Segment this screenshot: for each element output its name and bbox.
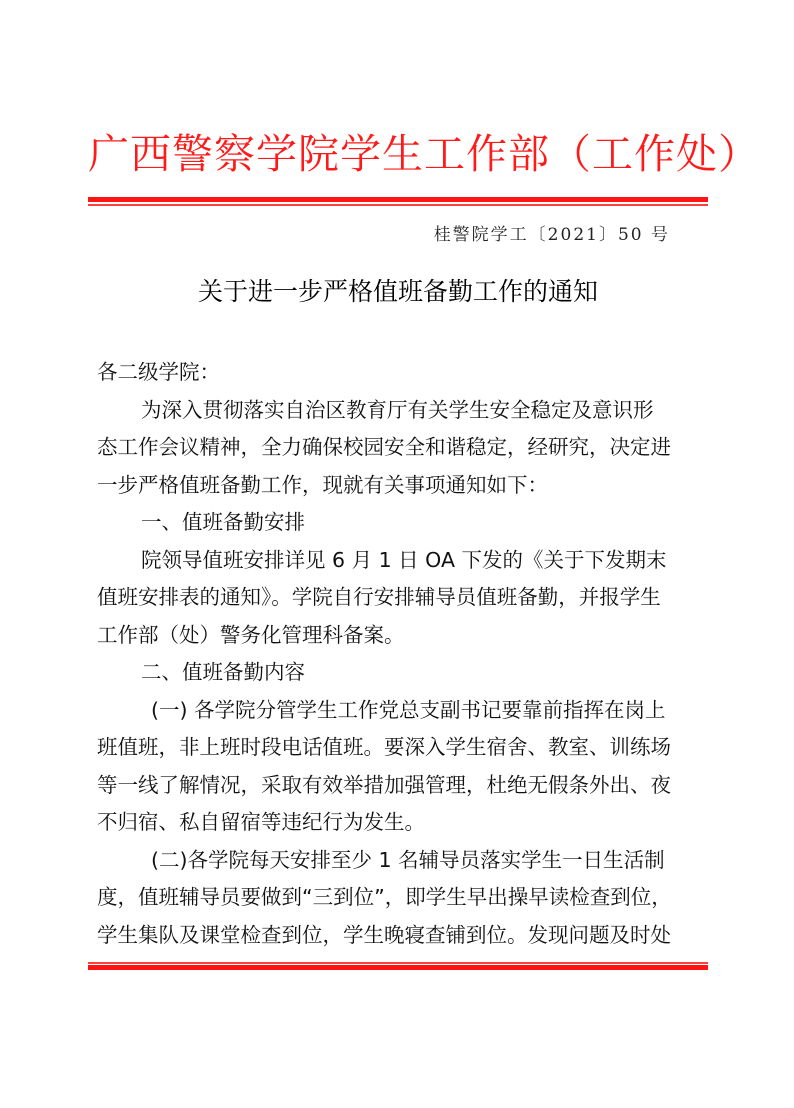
document-title: 关于进一步严格值班备勤工作的通知: [88, 272, 708, 308]
header-rule-thick: [88, 197, 708, 202]
header-rule-thin: [88, 204, 708, 206]
subsection-line: (二)各学院每天安排至少 1 名辅导员落实学生一日生活制: [97, 842, 717, 880]
body-line: 院领导值班安排详见 6 月 1 日 OA 下发的《关于下发期末: [97, 542, 717, 580]
masthead: 广西警察学院学生工作部（工作处）: [88, 124, 708, 184]
footer-rule-thick: [88, 965, 708, 970]
body-line: 班值班，非上班时段电话值班。要深入学生宿舍、教室、训练场: [97, 729, 717, 767]
body-line: 学生集队及课堂检查到位，学生晚寝查铺到位。发现问题及时处: [97, 917, 717, 955]
body-line: 值班安排表的通知》。学院自行安排辅导员值班备勤，并报学生: [97, 579, 717, 617]
body-line: 一步严格值班备勤工作，现就有关事项通知如下：: [97, 467, 717, 505]
body-line: 工作部（处）警务化管理科备案。: [97, 617, 717, 655]
body-line: 态工作会议精神，全力确保校园安全和谐稳定，经研究，决定进: [97, 429, 717, 467]
body-line: 为深入贯彻落实自治区教育厅有关学生安全稳定及意识形: [97, 392, 717, 430]
section-heading: 二、值班备勤内容: [97, 654, 717, 692]
salutation: 各二级学院：: [97, 354, 717, 392]
subsection-line: (一) 各学院分管学生工作党总支副书记要靠前指挥在岗上: [97, 692, 717, 730]
body-line: 不归宿、私自留宿等违纪行为发生。: [97, 804, 717, 842]
body-line: 等一线了解情况，采取有效举措加强管理，杜绝无假条外出、夜: [97, 767, 717, 805]
section-heading: 一、值班备勤安排: [97, 504, 717, 542]
document-number: 桂警院学工〔2021〕50 号: [434, 220, 670, 245]
body-line: 度，值班辅导员要做到“三到位”，即学生早出操早读检查到位，: [97, 879, 717, 917]
document-body: 各二级学院： 为深入贯彻落实自治区教育厅有关学生安全稳定及意识形 态工作会议精神…: [97, 354, 717, 954]
footer-rule-thin: [88, 962, 708, 964]
